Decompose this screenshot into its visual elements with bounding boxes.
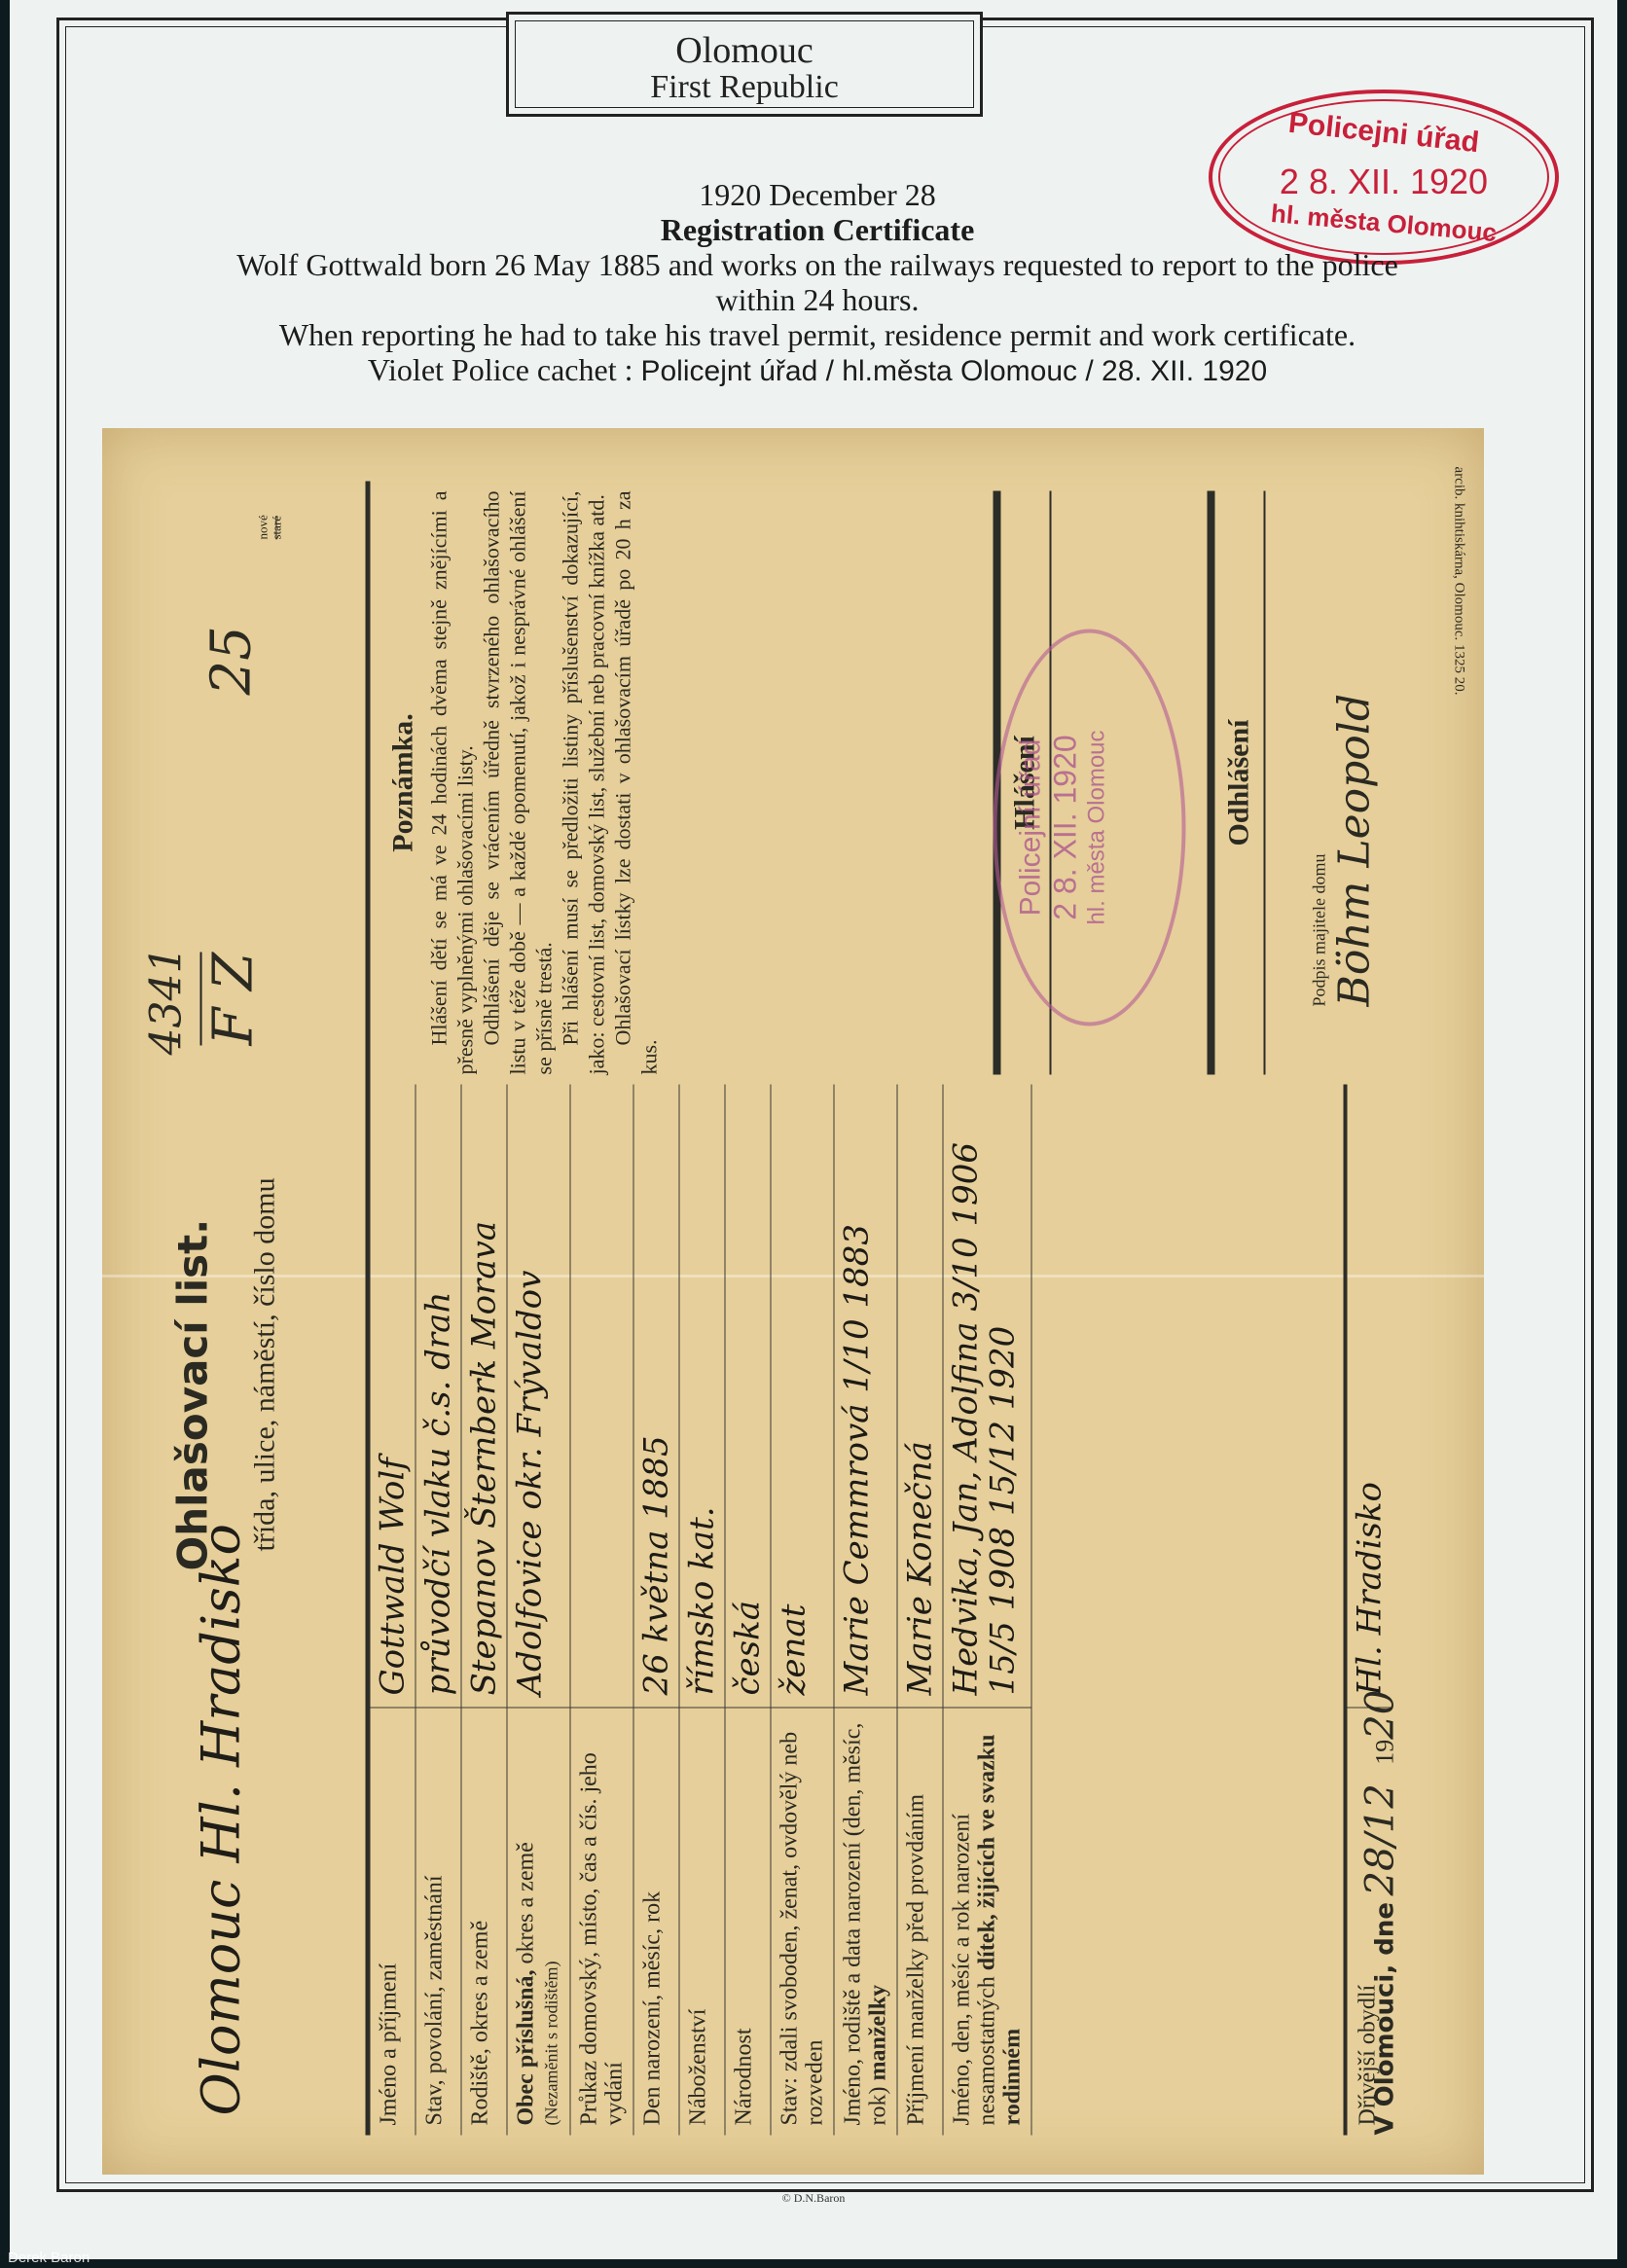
house-new-old: novéstaré — [257, 515, 284, 539]
rotated-form: Olomouc Hl. Hradisko Ohlašovací list. tř… — [103, 428, 1485, 2175]
form-row: Jméno, rodiště a data narození (den, měs… — [835, 1085, 898, 2136]
notes-section: Poznámka. Hlášení dětí se má ve 24 hodin… — [390, 491, 663, 1075]
form-row: Jméno a příjmeníGottwald Wolf — [371, 1085, 416, 2136]
form-row: Rodiště, okres a zeměStepanov Šternberk … — [462, 1085, 508, 2136]
violet-police-stamp: Policejní úřad 2 8. XII. 1920 hl. města … — [994, 630, 1186, 1026]
registration-sub: F Z — [200, 953, 266, 1046]
desc-line3: When reporting he had to take his travel… — [68, 317, 1567, 352]
house-number: 25 — [200, 626, 264, 695]
registration-document: Olomouc Hl. Hradisko Ohlašovací list. tř… — [102, 428, 1484, 2175]
form-row: Průkaz domovský, místo, čas a čís. jeho … — [571, 1085, 634, 2136]
form-row: Obec příslušná, okres a země(Nezaměnit s… — [508, 1085, 571, 2136]
street-label: třída, ulice, náměstí, číslo domu — [249, 1177, 282, 1551]
form-grid: Jméno a příjmeníGottwald Wolf Stav, povo… — [366, 482, 1441, 2136]
desc-line4: Violet Police cachet : Policejnt úřad / … — [68, 352, 1567, 389]
page-subtitle: First Republic — [516, 70, 973, 105]
form-row: Den narození, měsíc, rok26 května 1885 — [634, 1085, 680, 2136]
deregistration-label: Odhlášení — [1223, 491, 1256, 1075]
desc-date: 1920 December 28 — [68, 177, 1567, 212]
form-row: Náboženstvířímsko kat. — [680, 1085, 726, 2136]
watermark: Derek Baron — [8, 2250, 90, 2266]
notes-title: Poznámka. — [390, 491, 416, 1075]
owner-signature: Podpis majitele domu Böhm Leopold — [1310, 694, 1380, 1007]
city-handwritten: Olomouc Hl. Hradisko — [191, 1524, 252, 2116]
form-row: Stav: zdali svoboden, ženat, ovdovělý ne… — [772, 1085, 835, 2136]
exhibit-sheet: Olomouc First Republic Policejni úřad 2 … — [10, 0, 1617, 2259]
copyright: © D.N.Baron — [10, 2191, 1617, 2206]
form-row: Jméno, den, měsíc a rok narození nesamos… — [944, 1085, 1032, 2136]
desc-line2: within 24 hours. — [68, 282, 1567, 317]
printer-imprint: arcib. knihtiskárna, Olomouc. 1325 20. — [1451, 467, 1467, 696]
form-title: Ohlašovací list. — [169, 1219, 217, 1571]
owner-signature-handwritten: Böhm Leopold — [1330, 694, 1380, 1007]
form-row: Národnostčeská — [726, 1085, 772, 2136]
page-title: Olomouc — [516, 31, 973, 70]
registration-number: 4341 — [142, 947, 192, 1056]
form-rows: Jméno a příjmeníGottwald Wolf Stav, povo… — [371, 1085, 1032, 2136]
form-row: Příjmení manželky před provdánímMarie Ko… — [898, 1085, 944, 2136]
description: 1920 December 28 Registration Certificat… — [68, 177, 1567, 389]
place-date-line: V Olomouci, dne 28/12 1920 — [1358, 1690, 1403, 2136]
form-row: Stav, povolání, zaměstnáníprůvodčí vlaku… — [416, 1085, 462, 2136]
desc-heading: Registration Certificate — [68, 212, 1567, 247]
date-handwritten: 28/12 — [1358, 1783, 1403, 1895]
cachet-transcription: Policejnt úřad / hl.města Olomouc / 28. … — [640, 355, 1267, 387]
form-header: Olomouc Hl. Hradisko Ohlašovací list. tř… — [142, 482, 337, 2116]
title-box: Olomouc First Republic — [506, 12, 983, 117]
desc-line1: Wolf Gottwald born 26 May 1885 and works… — [68, 247, 1567, 282]
